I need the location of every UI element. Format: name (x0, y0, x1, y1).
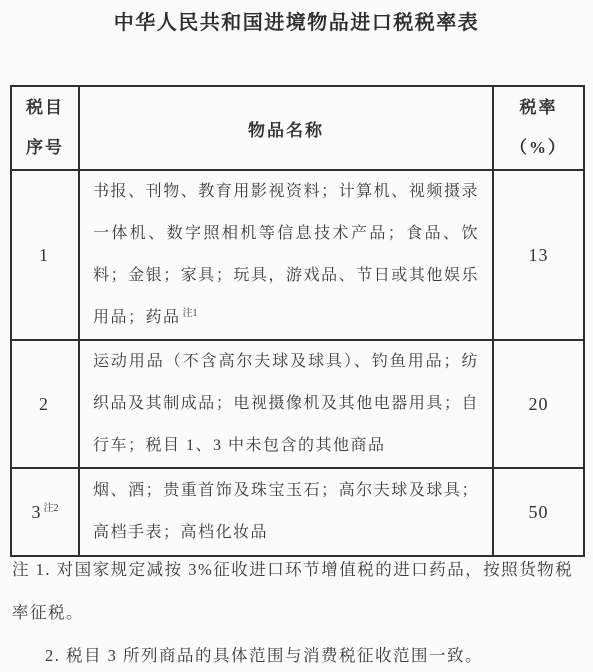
header-tax-item-line1: 税目 (12, 88, 78, 128)
cell-tax-item-number: 1 (11, 170, 79, 340)
table-header-row: 税目 序号 物品名称 税率 （%） (11, 86, 584, 170)
page-title: 中华人民共和国进境物品进口税税率表 (0, 6, 593, 35)
header-tax-item-number: 税目 序号 (11, 86, 79, 170)
cell-item-name: 烟、酒；贵重首饰及珠宝玉石；高尔夫球及球具；高档手表；高档化妆品 (79, 468, 493, 556)
table-row-2: 2 运动用品（不含高尔夫球及球具）、钓鱼用品；纺织品及其制成品；电视摄像机及其他… (11, 340, 584, 468)
document-page: 中华人民共和国进境物品进口税税率表 税目 序号 物品名称 税率 （%） (0, 0, 593, 672)
table-row-3: 3注2 烟、酒；贵重首饰及珠宝玉石；高尔夫球及球具；高档手表；高档化妆品 50 (11, 468, 584, 556)
header-item-name: 物品名称 (79, 86, 493, 170)
footnotes: 注 1. 对国家规定减按 3%征收进口环节增值税的进口药品，按照货物税率征税。 … (12, 548, 586, 672)
cell-tax-rate: 20 (493, 340, 584, 468)
cell-tax-rate: 50 (493, 468, 584, 556)
cell-tax-item-number: 3注2 (11, 468, 79, 556)
footnote-marker: 注1 (183, 308, 198, 319)
header-tax-item-line2: 序号 (12, 128, 78, 168)
cell-item-name: 运动用品（不含高尔夫球及球具）、钓鱼用品；纺织品及其制成品；电视摄像机及其他电器… (79, 340, 493, 468)
cell-tax-item-number: 2 (11, 340, 79, 468)
tax-rate-table: 税目 序号 物品名称 税率 （%） 1 书报、刊物、教育用影视资料；计算机、视频… (10, 85, 585, 557)
header-tax-rate-line1: 税率 (494, 88, 583, 128)
header-tax-rate-line2: （%） (494, 128, 583, 168)
tax-item-number: 1 (39, 245, 49, 265)
table-row-1: 1 书报、刊物、教育用影视资料；计算机、视频摄录一体机、数字照相机等信息技术产品… (11, 170, 584, 340)
header-tax-rate: 税率 （%） (493, 86, 584, 170)
tax-item-number: 3 (32, 502, 42, 522)
footnote-marker: 注2 (44, 503, 59, 514)
footnote-1: 注 1. 对国家规定减按 3%征收进口环节增值税的进口药品，按照货物税率征税。 (12, 548, 586, 634)
cell-tax-rate: 13 (493, 170, 584, 340)
cell-item-name: 书报、刊物、教育用影视资料；计算机、视频摄录一体机、数字照相机等信息技术产品；食… (79, 170, 493, 340)
item-name-text: 烟、酒；贵重首饰及珠宝玉石；高尔夫球及球具；高档手表；高档化妆品 (93, 482, 479, 541)
item-name-text: 运动用品（不含高尔夫球及球具）、钓鱼用品；纺织品及其制成品；电视摄像机及其他电器… (93, 353, 479, 454)
item-name-text: 书报、刊物、教育用影视资料；计算机、视频摄录一体机、数字照相机等信息技术产品；食… (93, 183, 479, 326)
footnote-2: 2. 税目 3 所列商品的具体范围与消费税征收范围一致。 (12, 634, 586, 672)
tax-item-number: 2 (39, 394, 49, 414)
